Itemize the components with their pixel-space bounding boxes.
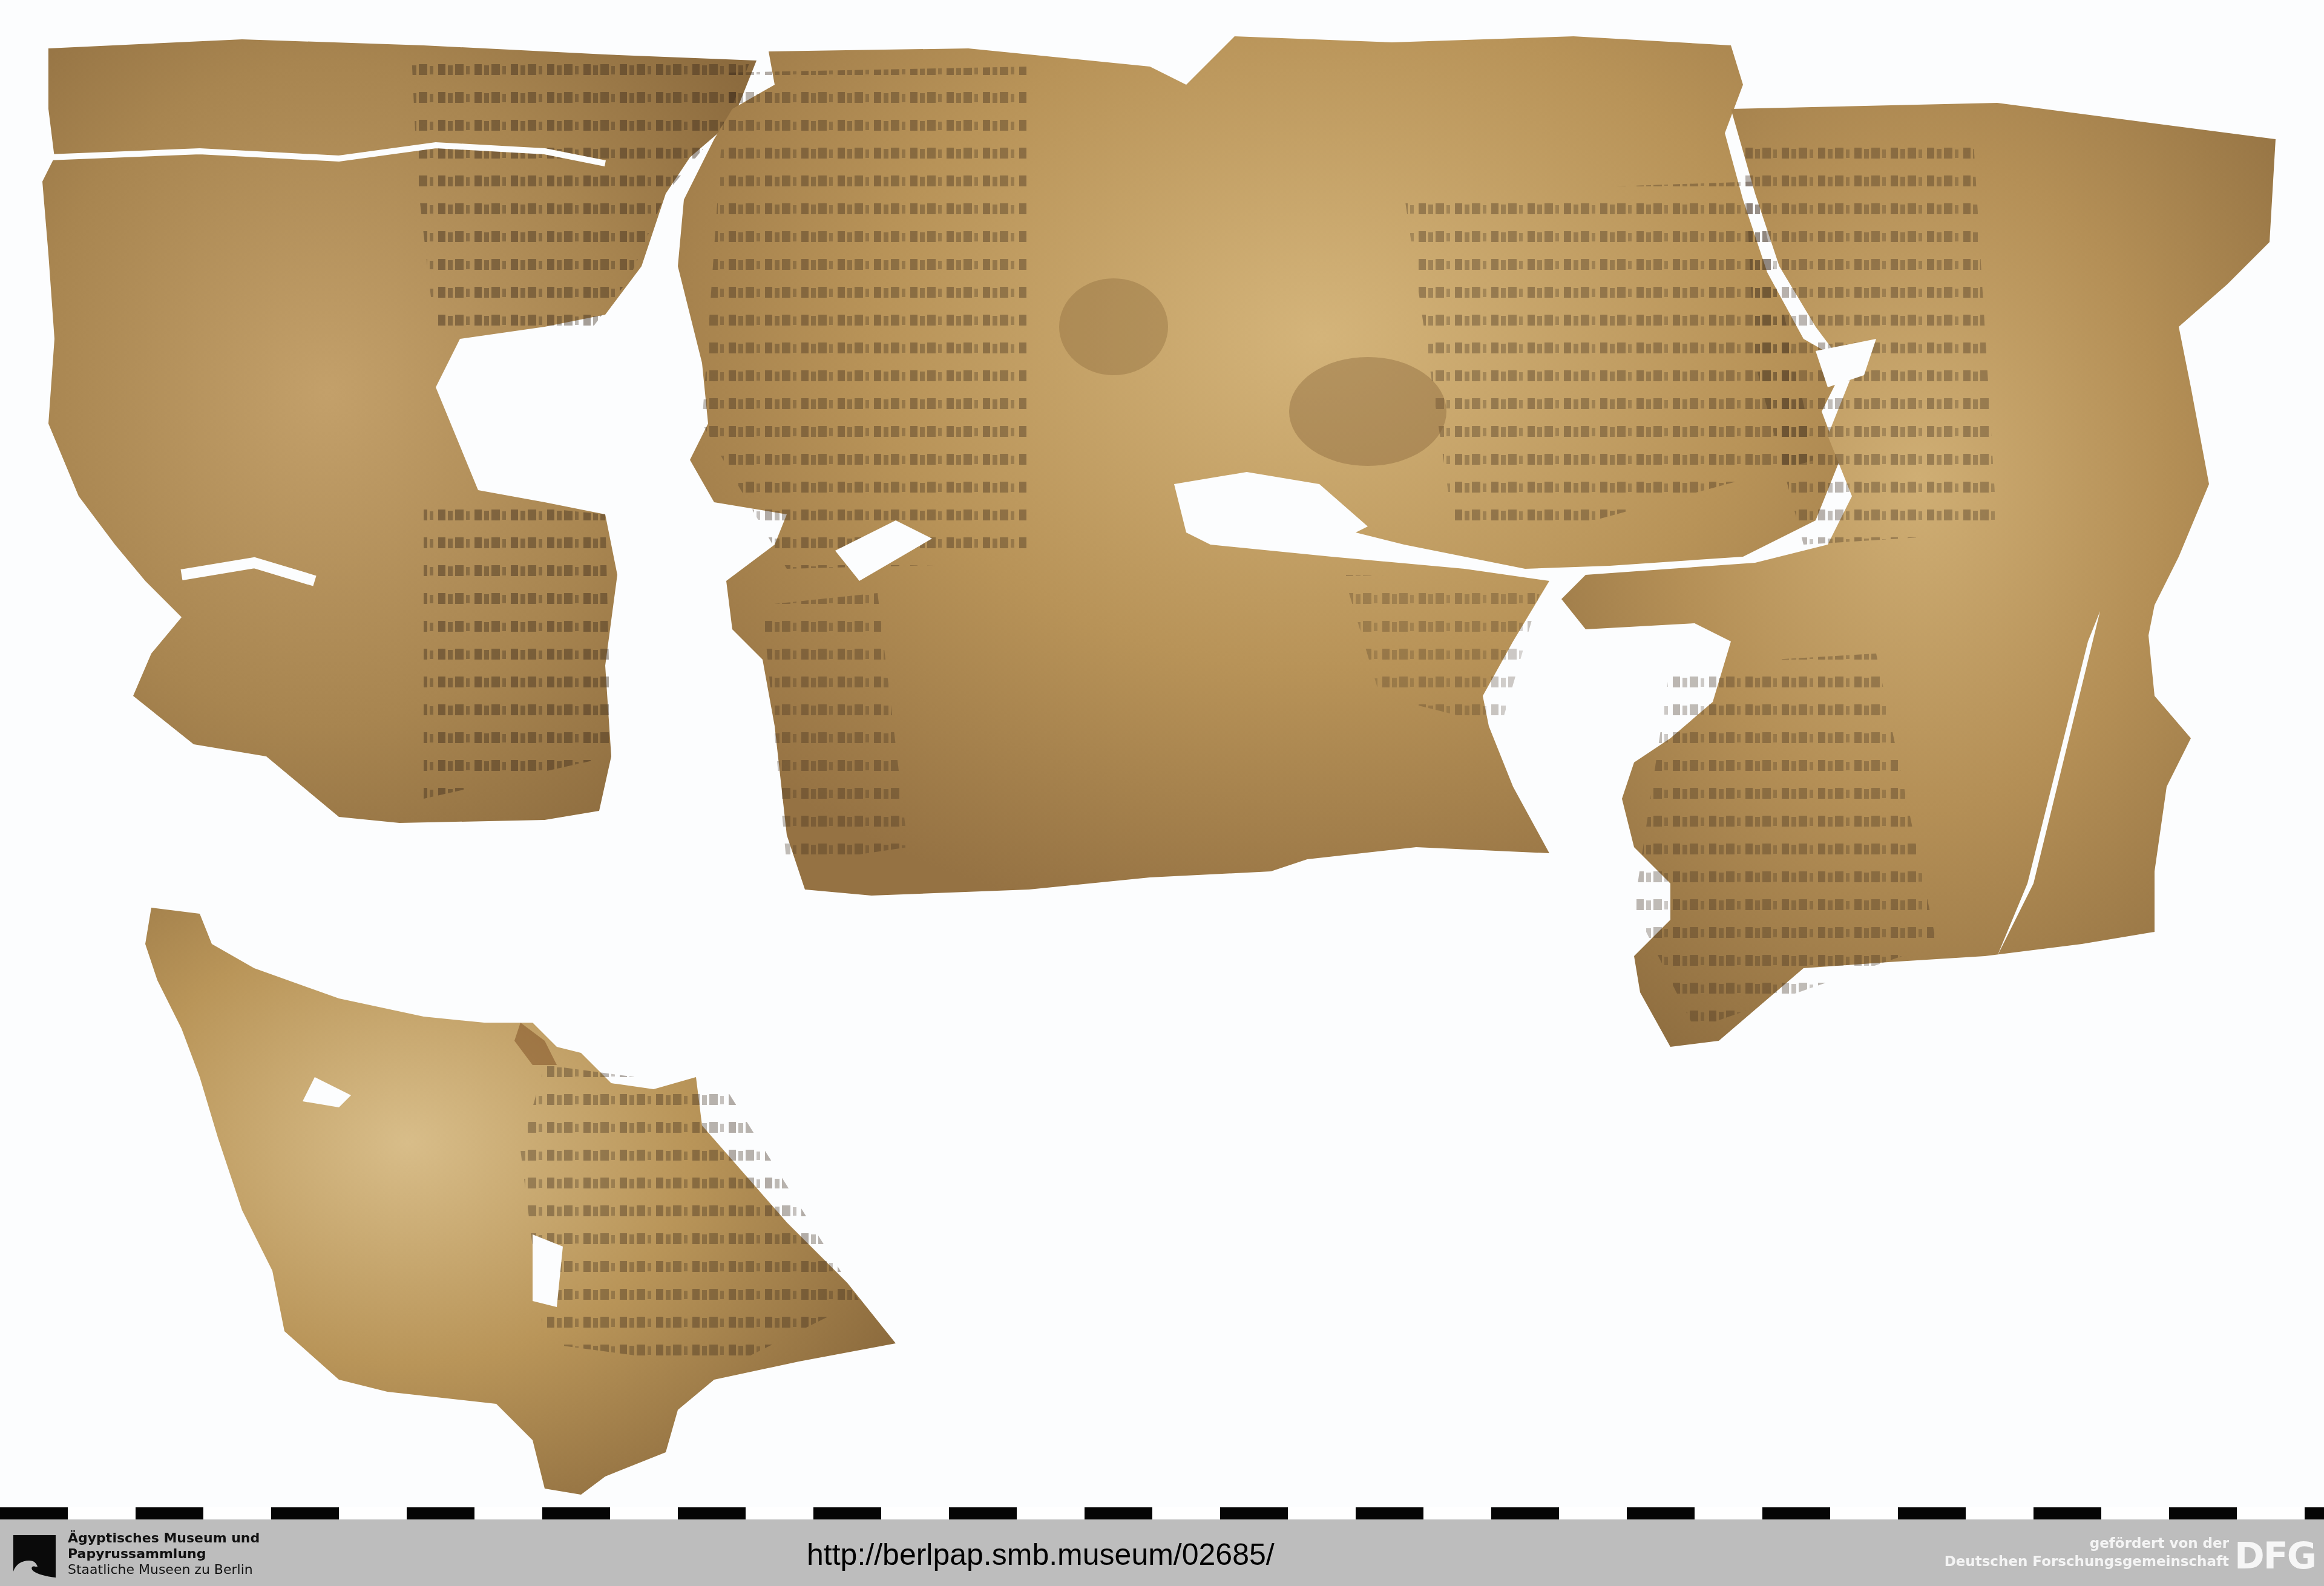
collection-url[interactable]: http://berlpap.smb.museum/02685/ — [807, 1537, 1275, 1572]
institution-name-line2: Papyrussammlung — [68, 1547, 260, 1562]
institution-parent: Staatliche Museen zu Berlin — [68, 1562, 260, 1578]
institution-name-line1: Ägyptisches Museum und — [68, 1531, 260, 1547]
scale-bar — [0, 1507, 2324, 1519]
institution-label: Ägyptisches Museum und Papyrussammlung S… — [68, 1531, 260, 1578]
eagle-emblem-icon — [13, 1535, 56, 1584]
scan-area — [0, 0, 2324, 1507]
parchment-fragments — [0, 0, 2324, 1507]
funding-line2: Deutschen Forschungsgemeinschaft — [1945, 1553, 2229, 1571]
fragment-upper-left — [42, 39, 757, 823]
funding-line1: gefördert von der — [1945, 1535, 2229, 1553]
dfg-logo: DFG — [2234, 1535, 2316, 1578]
funding-label: gefördert von der Deutschen Forschungsge… — [1945, 1535, 2229, 1571]
fragment-lower-left — [145, 908, 896, 1495]
